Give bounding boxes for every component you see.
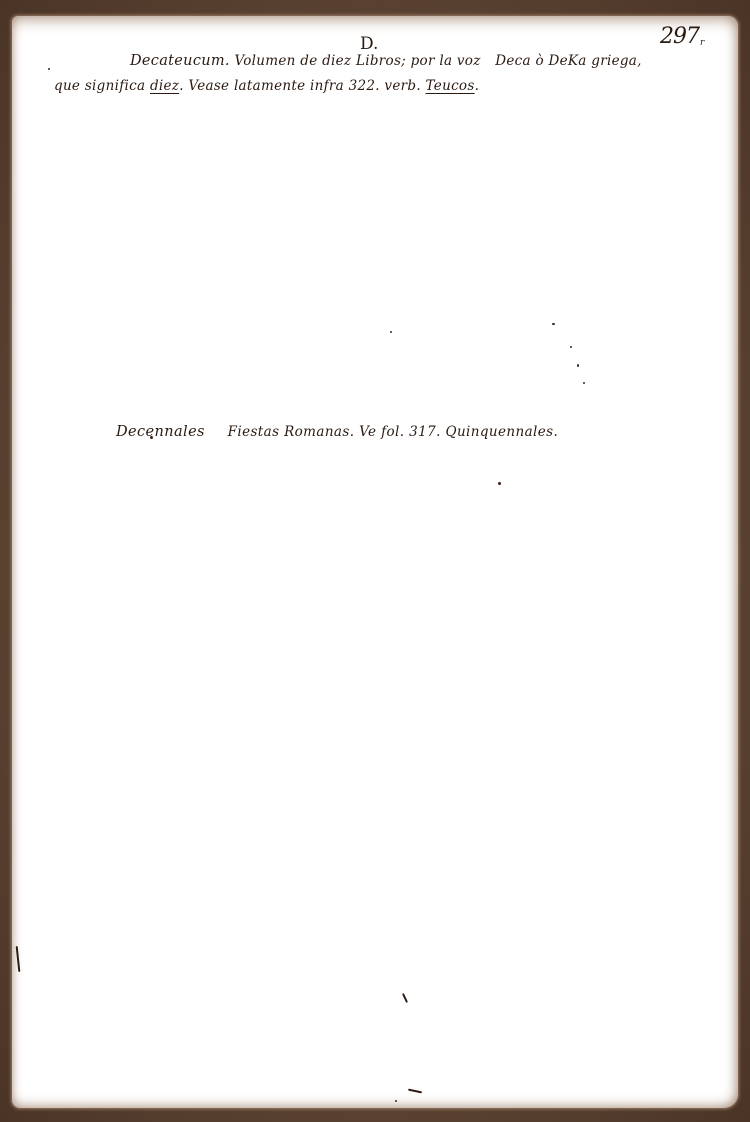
entry-decennales: Decennales Fiestas Romanas. Ve fol. 317.… [116,424,558,440]
ink-speck [395,1100,397,1102]
entry-headword: Decateucum. [130,53,230,69]
ink-speck [150,436,153,439]
ink-speck [390,331,392,333]
entry-text: que significa [54,78,145,94]
ink-stroke [402,993,408,1003]
ink-speck [570,346,572,348]
entry-decateucum-line1: Decateucum. Volumen de diez Libros; por … [130,53,642,69]
cross-reference: Teucos [426,78,475,94]
entry-text: . Vease latamente infra 322. verb. [179,78,421,94]
entry-definition: Fiestas Romanas. [228,424,355,440]
entry-text: . [475,78,480,94]
entry-decateucum-line2: que significa diez. Vease latamente infr… [54,78,479,94]
underlined-word: diez [150,78,179,94]
folio-number: 297r [660,24,703,49]
cross-reference: Quinquennales. [446,424,559,440]
folio-reference: Ve fol. 317. [359,424,441,440]
entry-text: griega, [591,53,641,69]
ink-speck [583,382,585,384]
ink-stroke [16,946,21,972]
ink-speck [577,364,579,367]
folio-suffix: r [700,38,703,48]
ink-stroke [408,1089,422,1094]
greek-term: Deca [495,53,531,69]
manuscript-page: D. 297r Decateucum. Volumen de diez Libr… [12,16,738,1108]
greek-term: DeKa [549,53,587,69]
section-letter: D. [360,34,378,54]
ink-speck [48,68,50,70]
ink-speck [498,482,501,485]
entry-headword: Decennales [116,424,205,440]
entry-text: Volumen de diez Libros; por la voz [234,53,480,69]
conjunction: ò [535,53,543,69]
ink-speck [552,323,555,325]
folio-digits: 297 [660,24,699,49]
